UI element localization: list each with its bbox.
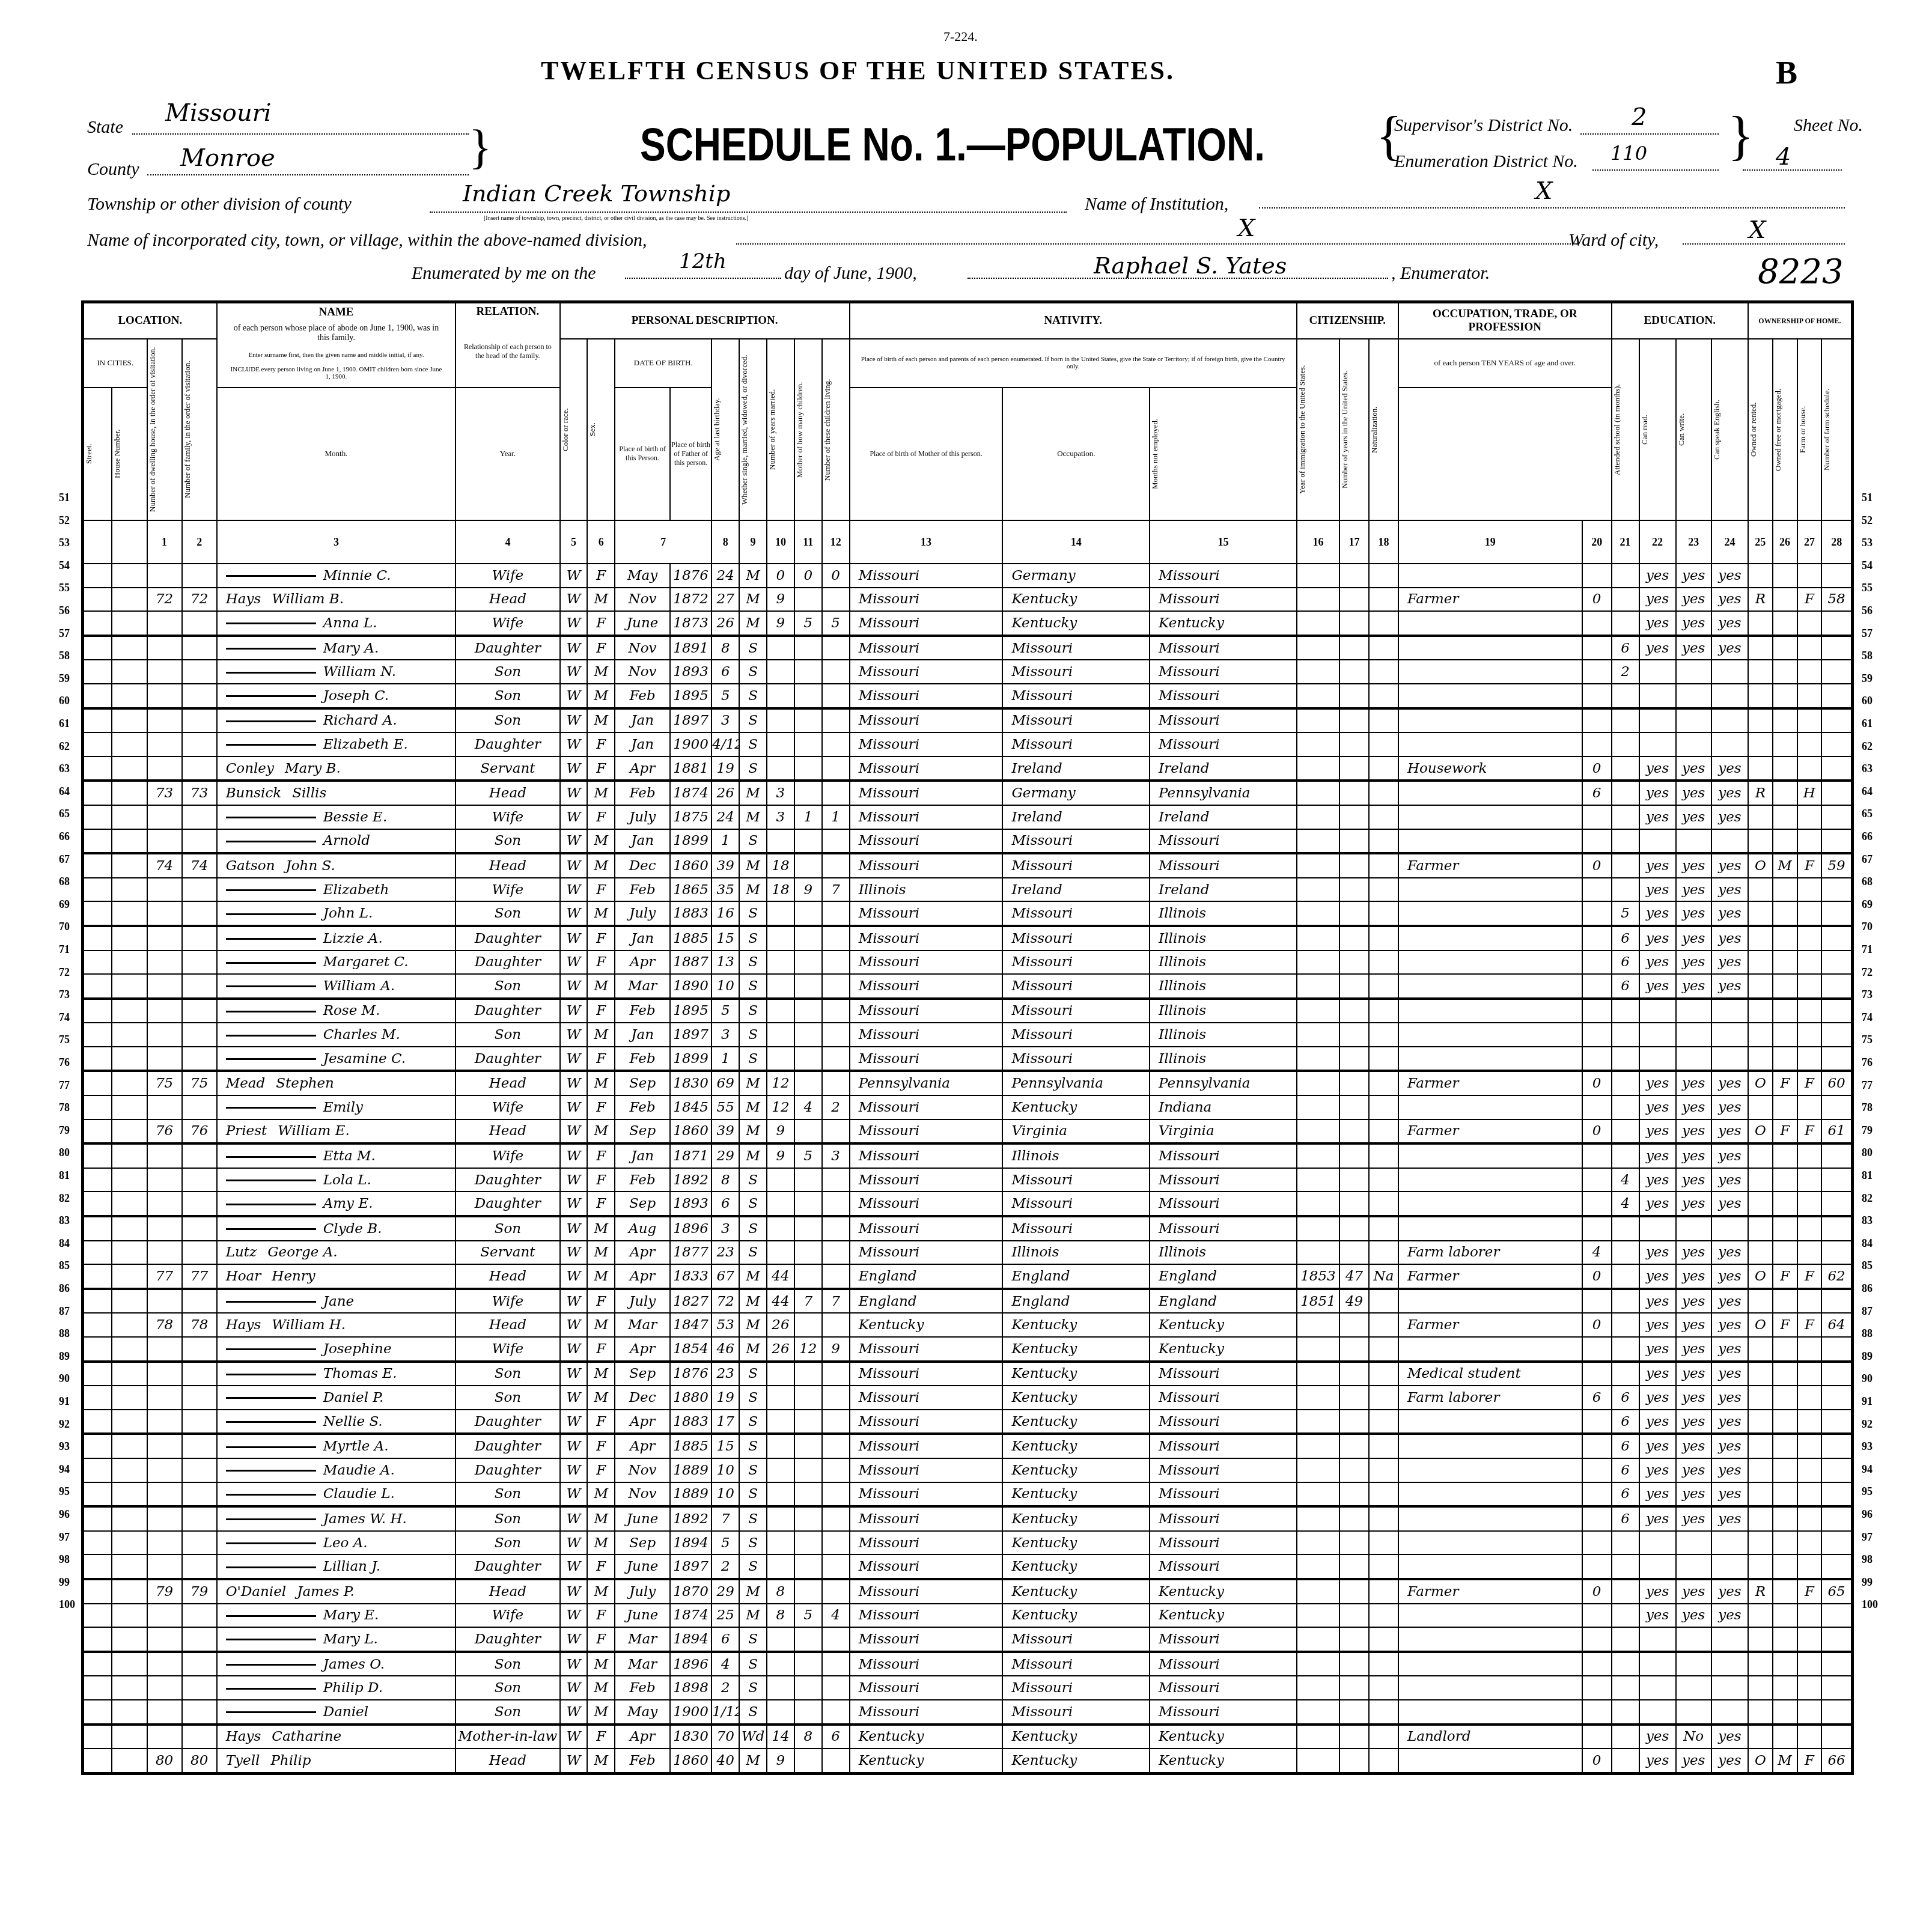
cell-sch xyxy=(1612,1313,1639,1337)
cell-month: July xyxy=(615,901,670,926)
cell-farm xyxy=(1797,1652,1822,1676)
cell-occ xyxy=(1398,999,1582,1023)
cell-free xyxy=(1773,1192,1797,1216)
cell-mc: 1 xyxy=(794,805,822,829)
cell-ms: M xyxy=(739,1143,767,1168)
line-number-left: 86 xyxy=(59,1282,70,1295)
cell-race: W xyxy=(560,1458,588,1482)
cell-yrs: 49 xyxy=(1339,1289,1369,1314)
cell-rel: Daughter xyxy=(456,1434,559,1458)
person-name-cell: TyellPhilip xyxy=(217,1749,456,1773)
cell-mc xyxy=(794,1386,822,1410)
cell-age: 16 xyxy=(712,901,739,926)
same-surname-dash xyxy=(226,1518,316,1520)
occupation-heading: OCCUPATION, TRADE, OR PROFESSION xyxy=(1399,308,1611,334)
same-surname-dash xyxy=(226,1374,316,1375)
person-name-cell: Amy E. xyxy=(217,1192,456,1216)
cell-pob: Missouri xyxy=(850,1434,1003,1458)
cell-year: 1876 xyxy=(670,564,712,588)
cell-ms: S xyxy=(739,1362,767,1386)
cell-house-number xyxy=(112,1627,147,1652)
cell-mne xyxy=(1582,878,1612,902)
column-number xyxy=(83,520,112,564)
cell-year: 1895 xyxy=(670,999,712,1023)
cell-fs: 62 xyxy=(1821,1264,1852,1289)
cell-occ xyxy=(1398,1289,1582,1314)
cell-age: 53 xyxy=(712,1313,739,1337)
cell-yrs xyxy=(1339,1627,1369,1652)
cell-house-number xyxy=(112,1216,147,1241)
cell-write: yes xyxy=(1676,1119,1711,1144)
cell-eng: yes xyxy=(1711,1119,1748,1144)
cell-read: yes xyxy=(1639,781,1676,805)
cell-age: 8 xyxy=(712,1168,739,1192)
cell-eng: yes xyxy=(1711,1192,1748,1216)
cell-fs xyxy=(1821,974,1852,999)
cell-race: W xyxy=(560,564,588,588)
cell-fs xyxy=(1821,684,1852,708)
cell-fpob: England xyxy=(1002,1264,1150,1289)
column-number: 9 xyxy=(739,520,767,564)
cell-free xyxy=(1773,1143,1797,1168)
cell-month: Feb xyxy=(615,1095,670,1119)
cell-mpob: Kentucky xyxy=(1150,1313,1297,1337)
cell-month: Sep xyxy=(615,1362,670,1386)
cell-ym xyxy=(767,1700,794,1725)
cell-fs xyxy=(1821,829,1852,854)
county-value: Monroe xyxy=(180,144,275,172)
cell-imm: 1851 xyxy=(1297,1289,1339,1314)
col-18-header: Naturalization. xyxy=(1369,339,1398,520)
cell-write: yes xyxy=(1676,1289,1711,1314)
cell-fam xyxy=(182,1627,217,1652)
cell-rel: Head xyxy=(456,1071,559,1095)
cell-fs xyxy=(1821,1410,1852,1434)
cell-street xyxy=(83,1216,112,1241)
cell-fam: 74 xyxy=(182,853,217,878)
line-number-right: 65 xyxy=(1862,808,1873,820)
cell-ym: 12 xyxy=(767,1071,794,1095)
cell-house-number xyxy=(112,878,147,902)
cell-imm xyxy=(1297,611,1339,636)
census-row: 7373BunsickSillisHeadWMFeb187426M3Missou… xyxy=(83,781,1853,805)
cell-farm xyxy=(1797,1337,1822,1362)
cell-mc xyxy=(794,926,822,951)
cell-rel: Daughter xyxy=(456,951,559,975)
cell-nat xyxy=(1369,1143,1398,1168)
column-number: 13 xyxy=(850,520,1003,564)
cell-fs xyxy=(1821,1168,1852,1192)
cell-year: 1880 xyxy=(670,1386,712,1410)
census-row: LutzGeorge A.ServantWMApr187723SMissouri… xyxy=(83,1241,1853,1265)
cell-pob: Missouri xyxy=(850,1216,1003,1241)
cell-nat xyxy=(1369,1216,1398,1241)
cell-imm xyxy=(1297,684,1339,708)
line-number-right: 73 xyxy=(1862,988,1873,1001)
cell-rel: Head xyxy=(456,1264,559,1289)
cell-occ xyxy=(1398,1143,1582,1168)
cell-cl xyxy=(822,1362,850,1386)
cell-farm xyxy=(1797,805,1822,829)
given-name: Sillis xyxy=(292,785,326,801)
cell-cl xyxy=(822,1652,850,1676)
cell-fs: 61 xyxy=(1821,1119,1852,1144)
cell-occ xyxy=(1398,1482,1582,1507)
cell-year: 1892 xyxy=(670,1506,712,1531)
cell-fpob: Virginia xyxy=(1002,1119,1150,1144)
cell-age: 6 xyxy=(712,660,739,684)
col-2-header: Number of family, in the order of visita… xyxy=(182,339,217,520)
column-number: 20 xyxy=(1582,520,1612,564)
given-name: Charles M. xyxy=(323,1027,400,1043)
cell-yrs xyxy=(1339,1313,1369,1337)
cell-house-number xyxy=(112,1289,147,1314)
cell-sex: F xyxy=(587,1192,615,1216)
line-number-left: 81 xyxy=(59,1169,70,1182)
cell-eng: yes xyxy=(1711,1434,1748,1458)
line-number-right: 61 xyxy=(1862,717,1873,730)
cell-fam: 77 xyxy=(182,1264,217,1289)
cell-ms: S xyxy=(739,974,767,999)
cell-farm xyxy=(1797,1627,1822,1652)
cell-mpob: Missouri xyxy=(1150,684,1297,708)
given-name: Josephine xyxy=(323,1341,392,1357)
col-22-header: Can read. xyxy=(1639,339,1676,520)
line-number-right: 100 xyxy=(1862,1598,1878,1611)
state-label: State xyxy=(87,117,123,138)
person-name-cell: Etta M. xyxy=(217,1143,456,1168)
cell-pob: Missouri xyxy=(850,1168,1003,1192)
cell-eng: yes xyxy=(1711,1241,1748,1265)
cell-occ xyxy=(1398,564,1582,588)
cell-fam xyxy=(182,1676,217,1700)
cell-occ xyxy=(1398,974,1582,999)
census-row: Leo A.SonWMSep18945SMissouriKentuckyMiss… xyxy=(83,1531,1853,1555)
cell-race: W xyxy=(560,636,588,660)
cell-mne xyxy=(1582,1362,1612,1386)
cell-sex: F xyxy=(587,757,615,781)
cell-eng xyxy=(1711,1676,1748,1700)
cell-rel: Daughter xyxy=(456,926,559,951)
cell-farm xyxy=(1797,1604,1822,1628)
col-26-label: Owned free or mortgaged. xyxy=(1773,339,1783,520)
cell-street xyxy=(83,660,112,684)
cell-sex: F xyxy=(587,1725,615,1749)
cell-write: yes xyxy=(1676,1386,1711,1410)
person-name-cell: HaysCatharine xyxy=(217,1725,456,1749)
census-row: EmilyWifeWFFeb184555M1242MissouriKentuck… xyxy=(83,1095,1853,1119)
column-number: 10 xyxy=(767,520,794,564)
cell-ms: S xyxy=(739,829,767,854)
cell-yrs xyxy=(1339,1241,1369,1265)
cell-age: 3 xyxy=(712,708,739,733)
cell-farm xyxy=(1797,1192,1822,1216)
census-row: ElizabethWifeWFFeb186535M1897IllinoisIre… xyxy=(83,878,1853,902)
cell-mc xyxy=(794,588,822,612)
person-name-cell: LutzGeorge A. xyxy=(217,1241,456,1265)
cell-month: Jan xyxy=(615,926,670,951)
name-instr2: INCLUDE every person living on June 1, 1… xyxy=(218,362,456,384)
cell-dw: 76 xyxy=(147,1119,182,1144)
cell-rel: Daughter xyxy=(456,636,559,660)
cell-occ: Landlord xyxy=(1398,1725,1582,1749)
cell-fam xyxy=(182,805,217,829)
census-row: Amy E.DaughterWFSep18936SMissouriMissour… xyxy=(83,1192,1853,1216)
col-2-label: Number of family, in the order of visita… xyxy=(183,339,192,520)
cell-sch xyxy=(1612,1023,1639,1047)
line-number-right: 52 xyxy=(1862,514,1873,527)
cell-free xyxy=(1773,708,1797,733)
surname: Hays xyxy=(226,1317,261,1333)
cell-yrs xyxy=(1339,611,1369,636)
cell-ym: 9 xyxy=(767,611,794,636)
cell-rel: Son xyxy=(456,1676,559,1700)
person-name-cell: O'DanielJames P. xyxy=(217,1579,456,1604)
cell-street xyxy=(83,901,112,926)
line-number-right: 59 xyxy=(1862,672,1873,685)
cell-month: Apr xyxy=(615,1337,670,1362)
relation-heading: RELATION. xyxy=(456,305,559,318)
cell-eng xyxy=(1711,1023,1748,1047)
cell-sex: M xyxy=(587,1216,615,1241)
cell-sex: F xyxy=(587,1095,615,1119)
cell-own xyxy=(1748,684,1773,708)
cell-race: W xyxy=(560,1482,588,1507)
cell-farm xyxy=(1797,1531,1822,1555)
cell-fpob: Kentucky xyxy=(1002,1337,1150,1362)
line-number-left: 98 xyxy=(59,1553,70,1566)
cell-occ xyxy=(1398,1506,1582,1531)
cell-fpob: Kentucky xyxy=(1002,1095,1150,1119)
cell-own xyxy=(1748,974,1773,999)
same-surname-dash xyxy=(226,962,316,964)
cell-write xyxy=(1676,1216,1711,1241)
cell-fs xyxy=(1821,1434,1852,1458)
cell-ms: S xyxy=(739,926,767,951)
line-number-left: 71 xyxy=(59,943,70,956)
cell-sex: M xyxy=(587,1241,615,1265)
institution-value: X xyxy=(1535,177,1552,205)
cell-year: 1893 xyxy=(670,1192,712,1216)
cell-yrs xyxy=(1339,1458,1369,1482)
cell-rel: Wife xyxy=(456,1289,559,1314)
cell-ms: S xyxy=(739,1482,767,1507)
col-10-label: Number of years married. xyxy=(767,339,777,520)
enumerated-day-field xyxy=(625,278,781,279)
cell-month: June xyxy=(615,1554,670,1579)
cell-yrs xyxy=(1339,781,1369,805)
cell-eng: yes xyxy=(1711,926,1748,951)
col-13-header: Place of birth of this Person. xyxy=(615,388,670,520)
cell-cl xyxy=(822,757,850,781)
cell-imm xyxy=(1297,829,1339,854)
cell-sex: F xyxy=(587,636,615,660)
cell-race: W xyxy=(560,1264,588,1289)
census-row: Lizzie A.DaughterWFJan188515SMissouriMis… xyxy=(83,926,1853,951)
census-row: Myrtle A.DaughterWFApr188515SMissouriKen… xyxy=(83,1434,1853,1458)
cell-street xyxy=(83,1700,112,1725)
cell-eng: yes xyxy=(1711,951,1748,975)
given-name: Lillian J. xyxy=(323,1559,380,1574)
cell-house-number xyxy=(112,757,147,781)
cell-farm xyxy=(1797,1095,1822,1119)
cell-fpob: Missouri xyxy=(1002,829,1150,854)
cell-mne: 0 xyxy=(1582,1579,1612,1604)
line-number-left: 88 xyxy=(59,1327,70,1340)
census-row: Maudie A.DaughterWFNov188910SMissouriKen… xyxy=(83,1458,1853,1482)
surname: Priest xyxy=(226,1123,267,1139)
cell-fpob: Missouri xyxy=(1002,926,1150,951)
cell-read xyxy=(1639,1023,1676,1047)
cell-free xyxy=(1773,1362,1797,1386)
cell-cl xyxy=(822,1047,850,1071)
cell-mne xyxy=(1582,660,1612,684)
cell-nat xyxy=(1369,1047,1398,1071)
cell-fam xyxy=(182,1168,217,1192)
cell-own xyxy=(1748,1095,1773,1119)
cell-rel: Son xyxy=(456,708,559,733)
cell-house-number xyxy=(112,1676,147,1700)
cell-yrs xyxy=(1339,1531,1369,1555)
same-surname-dash xyxy=(226,1566,316,1568)
cell-house-number xyxy=(112,1554,147,1579)
cell-yrs xyxy=(1339,1047,1369,1071)
cell-nat xyxy=(1369,1241,1398,1265)
cell-read: yes xyxy=(1639,1264,1676,1289)
cell-sch xyxy=(1612,1554,1639,1579)
cell-sex: M xyxy=(587,781,615,805)
cell-mpob: Missouri xyxy=(1150,1482,1297,1507)
cell-nat xyxy=(1369,829,1398,854)
col-17-header: Number of years in the United States. xyxy=(1339,339,1369,520)
cell-mne xyxy=(1582,951,1612,975)
cell-yrs xyxy=(1339,1023,1369,1047)
cell-dw: 73 xyxy=(147,781,182,805)
cell-write xyxy=(1676,1627,1711,1652)
cell-sch xyxy=(1612,1143,1639,1168)
cell-nat xyxy=(1369,1579,1398,1604)
cell-race: W xyxy=(560,853,588,878)
line-number-left: 100 xyxy=(59,1598,75,1611)
cell-mc xyxy=(794,1627,822,1652)
cell-yrs xyxy=(1339,1554,1369,1579)
cell-house-number xyxy=(112,1506,147,1531)
cell-free: F xyxy=(1773,1313,1797,1337)
cell-mc xyxy=(794,901,822,926)
cell-street xyxy=(83,1071,112,1095)
cell-cl xyxy=(822,588,850,612)
cell-occ xyxy=(1398,805,1582,829)
cell-year: 1892 xyxy=(670,1168,712,1192)
cell-farm xyxy=(1797,757,1822,781)
cell-fs xyxy=(1821,1095,1852,1119)
line-number-right: 81 xyxy=(1862,1169,1873,1182)
cell-write: yes xyxy=(1676,951,1711,975)
cell-fpob: Illinois xyxy=(1002,1241,1150,1265)
cell-month: Jan xyxy=(615,829,670,854)
cell-mpob: Missouri xyxy=(1150,1362,1297,1386)
person-name-cell: Rose M. xyxy=(217,999,456,1023)
cell-year: 1833 xyxy=(670,1264,712,1289)
cell-month: Mar xyxy=(615,1652,670,1676)
cell-occ xyxy=(1398,1337,1582,1362)
same-surname-dash xyxy=(226,1058,316,1060)
cell-street xyxy=(83,1531,112,1555)
supervisor-field xyxy=(1580,133,1719,135)
cell-age: 29 xyxy=(712,1143,739,1168)
cell-cl xyxy=(822,951,850,975)
cell-dw xyxy=(147,878,182,902)
cell-read: yes xyxy=(1639,1386,1676,1410)
same-surname-dash xyxy=(226,1156,316,1158)
cell-house-number xyxy=(112,1095,147,1119)
cell-fpob: England xyxy=(1002,1289,1150,1314)
census-row: Nellie S.DaughterWFApr188317SMissouriKen… xyxy=(83,1410,1853,1434)
cell-race: W xyxy=(560,999,588,1023)
cell-mne xyxy=(1582,1337,1612,1362)
col-6-label: Sex. xyxy=(588,339,597,520)
cell-dw xyxy=(147,1023,182,1047)
cell-own xyxy=(1748,1192,1773,1216)
cell-month: Dec xyxy=(615,1386,670,1410)
cell-write xyxy=(1676,684,1711,708)
cell-farm xyxy=(1797,901,1822,926)
cell-race: W xyxy=(560,1143,588,1168)
cell-write xyxy=(1676,999,1711,1023)
cell-eng: yes xyxy=(1711,1604,1748,1628)
cell-year: 1875 xyxy=(670,805,712,829)
cell-cl xyxy=(822,1386,850,1410)
same-surname-dash xyxy=(226,1107,316,1109)
cell-fam: 75 xyxy=(182,1071,217,1095)
cell-read: yes xyxy=(1639,1192,1676,1216)
cell-age: 17 xyxy=(712,1410,739,1434)
cell-own: O xyxy=(1748,1313,1773,1337)
cell-imm xyxy=(1297,1313,1339,1337)
cell-occ xyxy=(1398,1047,1582,1071)
cell-farm xyxy=(1797,1362,1822,1386)
cell-mpob: Indiana xyxy=(1150,1095,1297,1119)
given-name: Margaret C. xyxy=(323,954,409,970)
cell-mc xyxy=(794,1023,822,1047)
line-number-right: 66 xyxy=(1862,830,1873,843)
cell-age: 5 xyxy=(712,684,739,708)
cell-dw xyxy=(147,951,182,975)
person-name-cell: PriestWilliam E. xyxy=(217,1119,456,1144)
cell-sex: F xyxy=(587,1458,615,1482)
cell-fpob: Missouri xyxy=(1002,1047,1150,1071)
col-25-label: Owned or rented. xyxy=(1749,339,1758,520)
cell-pob: Kentucky xyxy=(850,1725,1003,1749)
cell-nat xyxy=(1369,611,1398,636)
cell-month: June xyxy=(615,1506,670,1531)
cell-farm xyxy=(1797,732,1822,757)
cell-occ xyxy=(1398,1700,1582,1725)
cell-eng: yes xyxy=(1711,1725,1748,1749)
cell-dw xyxy=(147,1482,182,1507)
line-number-right: 92 xyxy=(1862,1418,1873,1431)
person-name-cell: Elizabeth xyxy=(217,878,456,902)
line-number-right: 69 xyxy=(1862,898,1873,911)
cell-mpob: Illinois xyxy=(1150,1241,1297,1265)
line-number-left: 68 xyxy=(59,875,70,888)
same-surname-dash xyxy=(226,1204,316,1205)
person-name-cell: Josephine xyxy=(217,1337,456,1362)
cell-race: W xyxy=(560,1386,588,1410)
cell-yrs xyxy=(1339,853,1369,878)
cell-year: 1872 xyxy=(670,588,712,612)
cell-sch: 6 xyxy=(1612,1458,1639,1482)
